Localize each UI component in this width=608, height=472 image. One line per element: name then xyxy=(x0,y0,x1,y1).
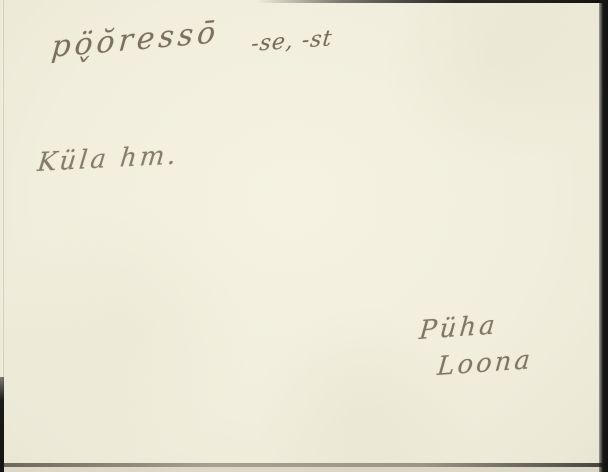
village-name-handwriting: Loona xyxy=(436,345,534,382)
scan-edge-bottom-paper xyxy=(0,467,608,472)
case-suffixes-handwriting: -se, -st xyxy=(250,26,334,57)
scanned-index-card: pö̬ŏressō -se, -st Küla hm. Püha Loona xyxy=(0,0,608,472)
scan-edge-left xyxy=(0,377,4,472)
scan-edge-top xyxy=(0,0,608,3)
scan-edge-bottom-line xyxy=(0,463,608,467)
parish-name-handwriting: Püha xyxy=(418,310,499,346)
scan-edge-right xyxy=(599,0,608,472)
headword-handwriting: pö̬ŏressō xyxy=(50,15,221,65)
village-note-handwriting: Küla hm. xyxy=(36,140,180,178)
